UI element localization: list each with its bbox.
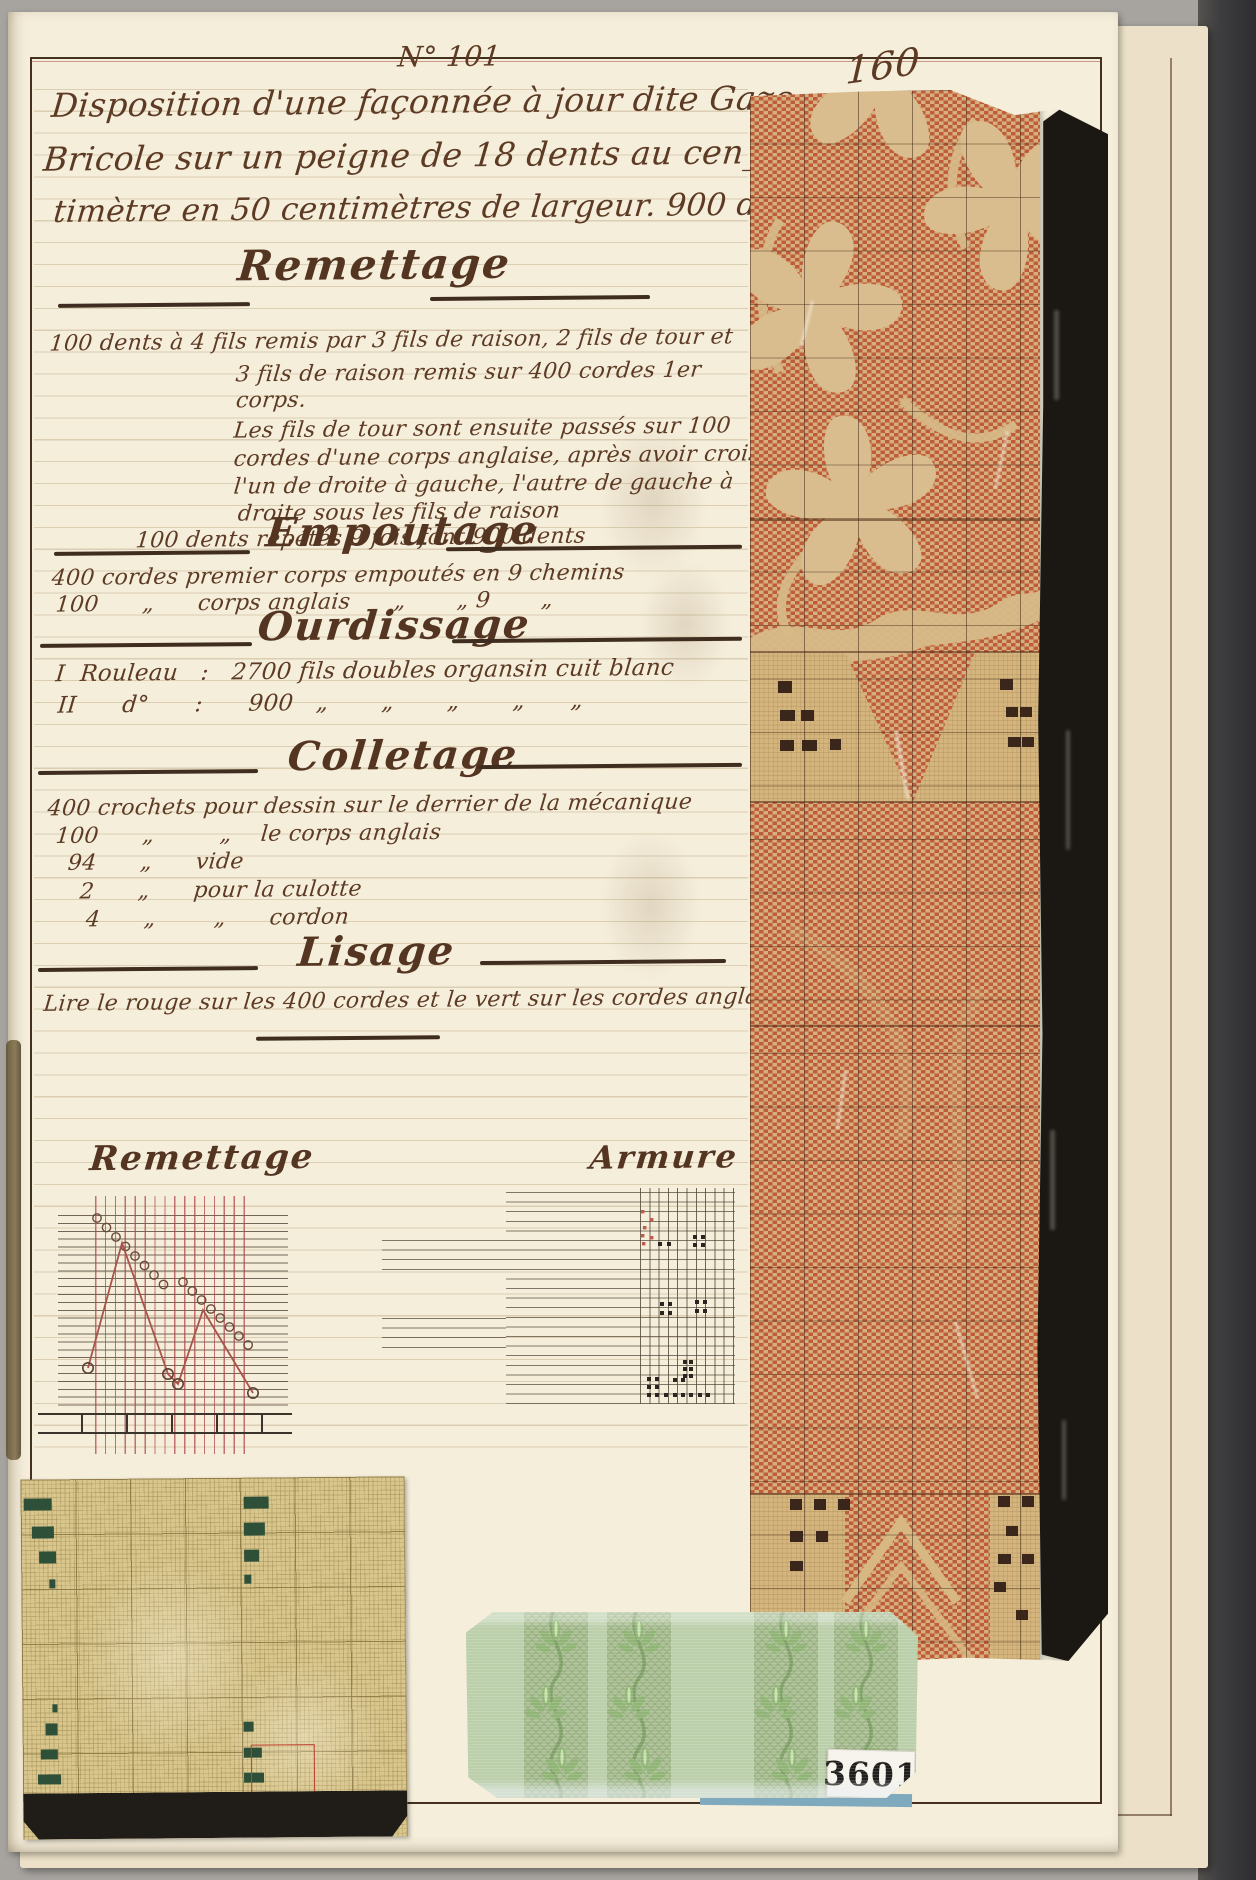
green-mark [46, 1723, 58, 1735]
section-heading-ourdissage: Ourdissage [256, 601, 533, 651]
remettage-line: l'un de droite à gauche, l'autre de gauc… [233, 469, 735, 499]
section-heading-remettage: Remettage [236, 239, 514, 291]
remettage-circles-row2 [179, 1278, 253, 1349]
remettage-line: corps. [235, 388, 308, 414]
green-mark [244, 1497, 269, 1509]
point-paper-design-tan [20, 1476, 407, 1839]
remettage-node-circles [83, 1363, 258, 1398]
title-line-2: Bricole sur un peigne de 18 dents au cen… [42, 132, 763, 178]
green-mark [41, 1749, 58, 1759]
green-mark [244, 1722, 254, 1732]
green-mark [32, 1526, 54, 1538]
colletage-line: 2 „ pour la culotte [79, 877, 363, 905]
green-mark [38, 1774, 61, 1784]
diagram-marks [20, 1130, 760, 1470]
black-edge-band [1036, 90, 1108, 1664]
ourdissage-line: II d° : 900 „ „ „ „ „ [56, 687, 584, 718]
remettage-circles-row1 [93, 1214, 168, 1289]
tan-chart-black-band [23, 1790, 407, 1839]
green-mark [39, 1551, 56, 1563]
under-page-frame-line [1170, 58, 1172, 1816]
armure-red-dots [641, 1210, 653, 1245]
notebook-photo: N° 101 160 Disposition d'une façonnée à … [0, 0, 1256, 1880]
armure-black-dots [647, 1235, 710, 1397]
remettage-threading-zigzag [88, 1243, 253, 1393]
green-mark [244, 1523, 265, 1536]
green-mark [244, 1575, 251, 1584]
green-mark [244, 1550, 259, 1562]
section-heading-lisage: Lisage [296, 927, 458, 976]
colletage-line: 94 „ vide [67, 849, 245, 876]
green-mark [52, 1704, 57, 1712]
point-paper-design-orange [750, 90, 1108, 1664]
remettage-line: Les fils de tour sont ensuite passés sur… [233, 413, 732, 443]
remettage-line: 3 fils de raison remis sur 400 cordes 1e… [235, 358, 703, 388]
fabric-swatch-green: 3601 [466, 1612, 918, 1798]
notebook-number: N° 101 [396, 39, 502, 73]
ink-showthrough [600, 830, 700, 980]
gutter-shadow [6, 1040, 21, 1460]
point-paper-grid-overlay [750, 90, 1040, 1664]
green-mark [24, 1498, 52, 1510]
colletage-line: 100 „ „ le corps anglais [55, 820, 443, 849]
green-mark [49, 1579, 55, 1588]
section-heading-colletage: Colletage [286, 731, 521, 780]
title-line-1: Disposition d'une façonnée à jour dite G… [50, 78, 796, 125]
